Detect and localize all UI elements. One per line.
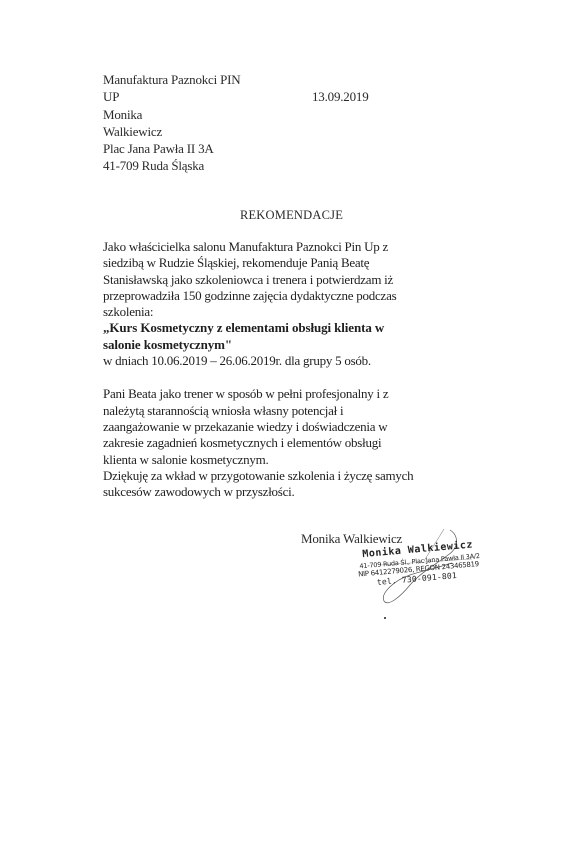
company-stamp: Monika Walkiewicz 41-709 Ruda Śl., Plac … [352,539,487,610]
document-page: Manufaktura Paznokci PIN UP Monika Walki… [0,0,583,848]
body-line: zakresie zagadnień kosmetycznych i eleme… [103,435,503,451]
body-line: należytą starannością wniosła własny pot… [103,403,503,419]
sender-line-last-name: Walkiewicz [103,123,240,140]
letter-body: Jako właścicielka salonu Manufaktura Paz… [103,239,503,500]
body-line: Jako właścicielka salonu Manufaktura Paz… [103,239,503,255]
document-title: REKOMENDACJE [0,208,583,223]
paragraph-gap [103,369,503,386]
body-line: sukcesów zawodowych w przyszłości. [103,484,503,500]
paragraph-intro: Jako właścicielka salonu Manufaktura Paz… [103,239,503,320]
sender-address-block: Manufaktura Paznokci PIN UP Monika Walki… [103,71,240,175]
course-title-line: salonie kosmetycznym" [103,337,503,353]
body-line: szkolenia: [103,304,503,320]
course-title-line: „Kurs Kosmetyczny z elementami obsługi k… [103,320,503,336]
letter-date: 13.09.2019 [312,89,369,105]
body-line: Dziękuję za wkład w przygotowanie szkole… [103,468,503,484]
body-line: zaangażowanie w przekazanie wiedzy i doś… [103,419,503,435]
body-line: Stanisławską jako szkoleniowca i trenera… [103,272,503,288]
course-title: „Kurs Kosmetyczny z elementami obsługi k… [103,320,503,353]
sender-line-company: Manufaktura Paznokci PIN [103,71,240,88]
body-line: klienta w salonie kosmetycznym. [103,452,503,468]
sender-line-first-name: Monika [103,106,240,123]
course-dates: w dniach 10.06.2019 – 26.06.2019r. dla g… [103,353,503,369]
body-line: przeprowadziła 150 godzinne zajęcia dyda… [103,288,503,304]
sender-line-city: 41-709 Ruda Śląska [103,157,240,174]
paragraph-evaluation: Pani Beata jako trener w sposób w pełni … [103,386,503,500]
body-line: Pani Beata jako trener w sposób w pełni … [103,386,503,402]
sender-line-street: Plac Jana Pawła II 3A [103,140,240,157]
body-line: siedzibą w Rudzie Śląskiej, rekomenduje … [103,255,503,271]
scan-speck [384,617,386,619]
sender-line-company-cont: UP [103,88,240,105]
